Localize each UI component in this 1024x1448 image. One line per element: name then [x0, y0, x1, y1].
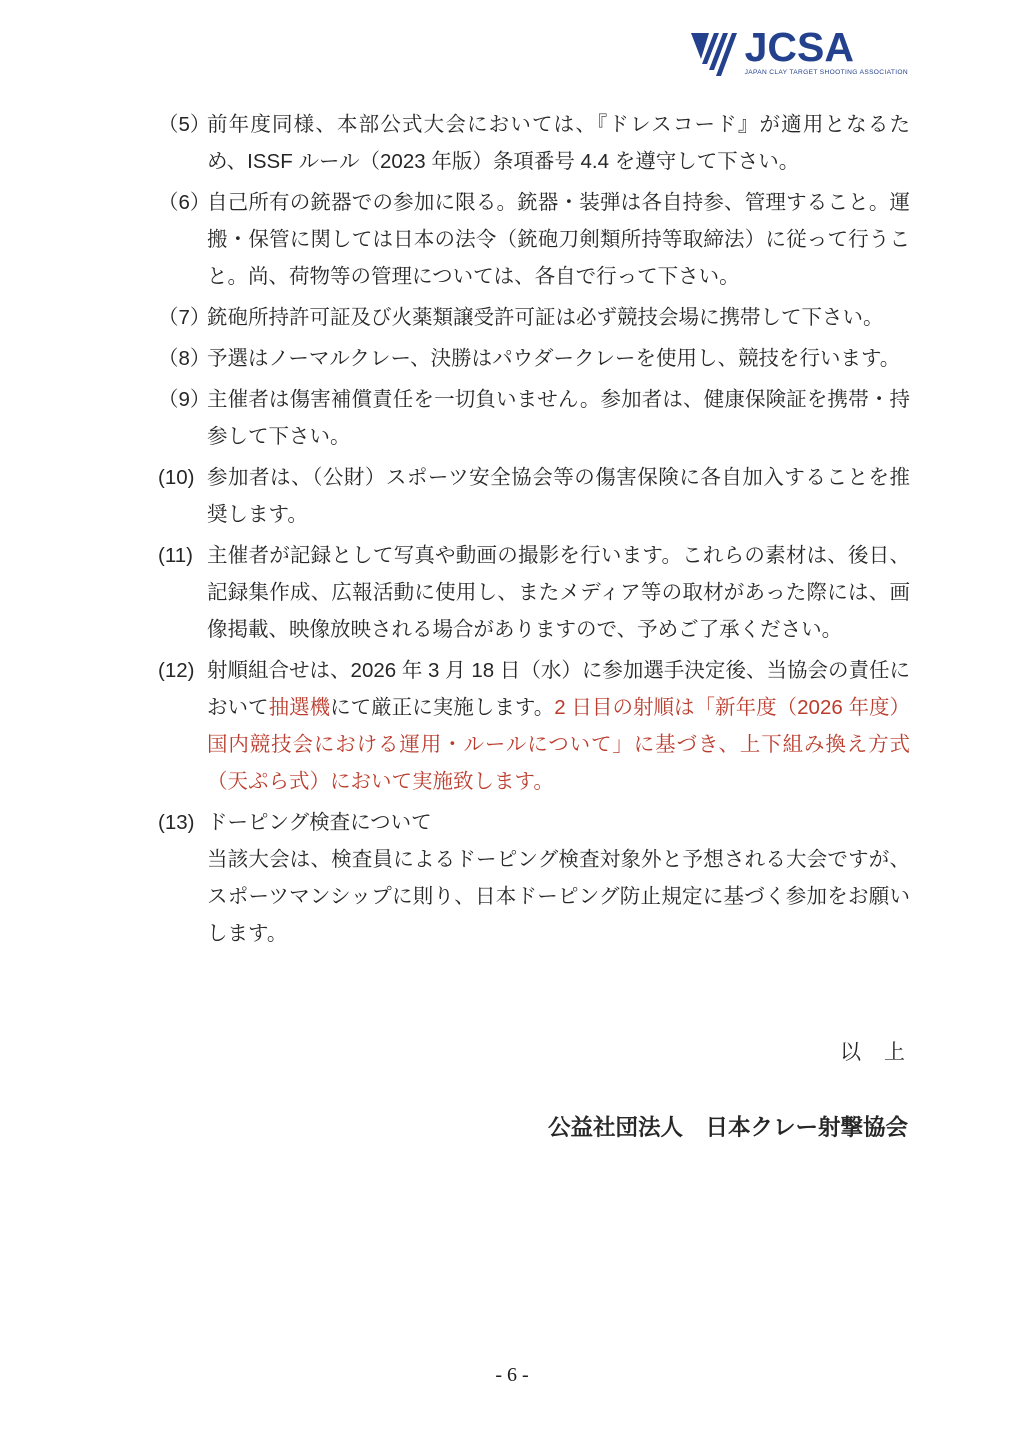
list-item-text: 参加者は、（公財）スポーツ安全協会等の傷害保険に各自加入することを推奨します。	[207, 459, 910, 533]
list-item-number: （7）	[158, 299, 207, 336]
closing-text: 以 上	[840, 1036, 906, 1066]
list-item-number: (11)	[158, 537, 207, 648]
list-item-text: 主催者は傷害補償責任を一切負いません。参加者は、健康保険証を携帯・持参して下さい…	[207, 381, 910, 455]
list-item-number: (10)	[158, 459, 207, 533]
list-item-text: 前年度同様、本部公式大会においては、『ドレスコード』が適用となるため、ISSF …	[207, 106, 910, 180]
body-text: 予選はノーマルクレー、決勝はパウダークレーを使用し、競技を行います。	[207, 347, 900, 370]
body-text: 前年度同様、本部公式大会においては、『ドレスコード』が適用となるため、ISSF …	[207, 113, 910, 173]
list-item-text: 自己所有の銃器での参加に限る。銃器・装弾は各自持参、管理すること。運搬・保管に関…	[207, 184, 910, 295]
body-text: 当該大会は、検査員によるドーピング検査対象外と予想される大会ですが、スポーツマン…	[207, 848, 910, 945]
list-item: （5）前年度同様、本部公式大会においては、『ドレスコード』が適用となるため、IS…	[158, 106, 910, 180]
logo-text-block: JCSA JAPAN CLAY TARGET SHOOTING ASSOCIAT…	[745, 26, 908, 76]
list-item: （8）予選はノーマルクレー、決勝はパウダークレーを使用し、競技を行います。	[158, 340, 910, 377]
list-item-number: （6）	[158, 184, 207, 295]
body-text: 参加者は、（公財）スポーツ安全協会等の傷害保険に各自加入することを推奨します。	[207, 466, 910, 526]
list-item-number: （9）	[158, 381, 207, 455]
list-item: （6）自己所有の銃器での参加に限る。銃器・装弾は各自持参、管理すること。運搬・保…	[158, 184, 910, 295]
organization-signature: 公益社団法人 日本クレー射撃協会	[548, 1110, 908, 1142]
body-text: 主催者が記録として写真や動画の撮影を行います。これらの素材は、後日、記録集作成、…	[207, 544, 910, 641]
body-text: 銃砲所持許可証及び火薬類譲受許可証は必ず競技会場に携帯して下さい。	[207, 306, 884, 329]
body-text: 主催者は傷害補償責任を一切負いません。参加者は、健康保険証を携帯・持参して下さい…	[207, 388, 910, 448]
list-item-number: （8）	[158, 340, 207, 377]
document-page: JCSA JAPAN CLAY TARGET SHOOTING ASSOCIAT…	[0, 0, 1024, 1448]
page-number: - 6 -	[0, 1364, 1024, 1387]
red-emphasis-text: 抽選機	[269, 696, 331, 719]
list-item: (12)射順組合せは、2026 年 3 月 18 日（水）に参加選手決定後、当協…	[158, 652, 910, 800]
logo-tagline: JAPAN CLAY TARGET SHOOTING ASSOCIATION	[745, 69, 908, 76]
list-item: (13)ドーピング検査について当該大会は、検査員によるドーピング検査対象外と予想…	[158, 804, 910, 952]
list-item: (10)参加者は、（公財）スポーツ安全協会等の傷害保険に各自加入することを推奨し…	[158, 459, 910, 533]
list-item: （7）銃砲所持許可証及び火薬類譲受許可証は必ず競技会場に携帯して下さい。	[158, 299, 910, 336]
body-text: 自己所有の銃器での参加に限る。銃器・装弾は各自持参、管理すること。運搬・保管に関…	[207, 191, 910, 288]
list-item: (11)主催者が記録として写真や動画の撮影を行います。これらの素材は、後日、記録…	[158, 537, 910, 648]
list-item-text: ドーピング検査について当該大会は、検査員によるドーピング検査対象外と予想される大…	[207, 804, 910, 952]
jcsa-logo: JCSA JAPAN CLAY TARGET SHOOTING ASSOCIAT…	[690, 26, 908, 83]
logo-acronym: JCSA	[745, 26, 854, 68]
list-item-number: (13)	[158, 804, 207, 952]
list-item-text: 銃砲所持許可証及び火薬類譲受許可証は必ず競技会場に携帯して下さい。	[207, 299, 910, 336]
list-item-number: (12)	[158, 652, 207, 800]
body-text: にて厳正に実施します。	[330, 696, 554, 719]
body-text: ドーピング検査について	[207, 811, 432, 834]
triangle-stripes-icon	[690, 28, 742, 83]
notes-list: （5）前年度同様、本部公式大会においては、『ドレスコード』が適用となるため、IS…	[158, 106, 910, 956]
list-item-text: 予選はノーマルクレー、決勝はパウダークレーを使用し、競技を行います。	[207, 340, 910, 377]
list-item-number: （5）	[158, 106, 207, 180]
list-item-text: 主催者が記録として写真や動画の撮影を行います。これらの素材は、後日、記録集作成、…	[207, 537, 910, 648]
list-item: （9）主催者は傷害補償責任を一切負いません。参加者は、健康保険証を携帯・持参して…	[158, 381, 910, 455]
list-item-text: 射順組合せは、2026 年 3 月 18 日（水）に参加選手決定後、当協会の責任…	[207, 652, 910, 800]
